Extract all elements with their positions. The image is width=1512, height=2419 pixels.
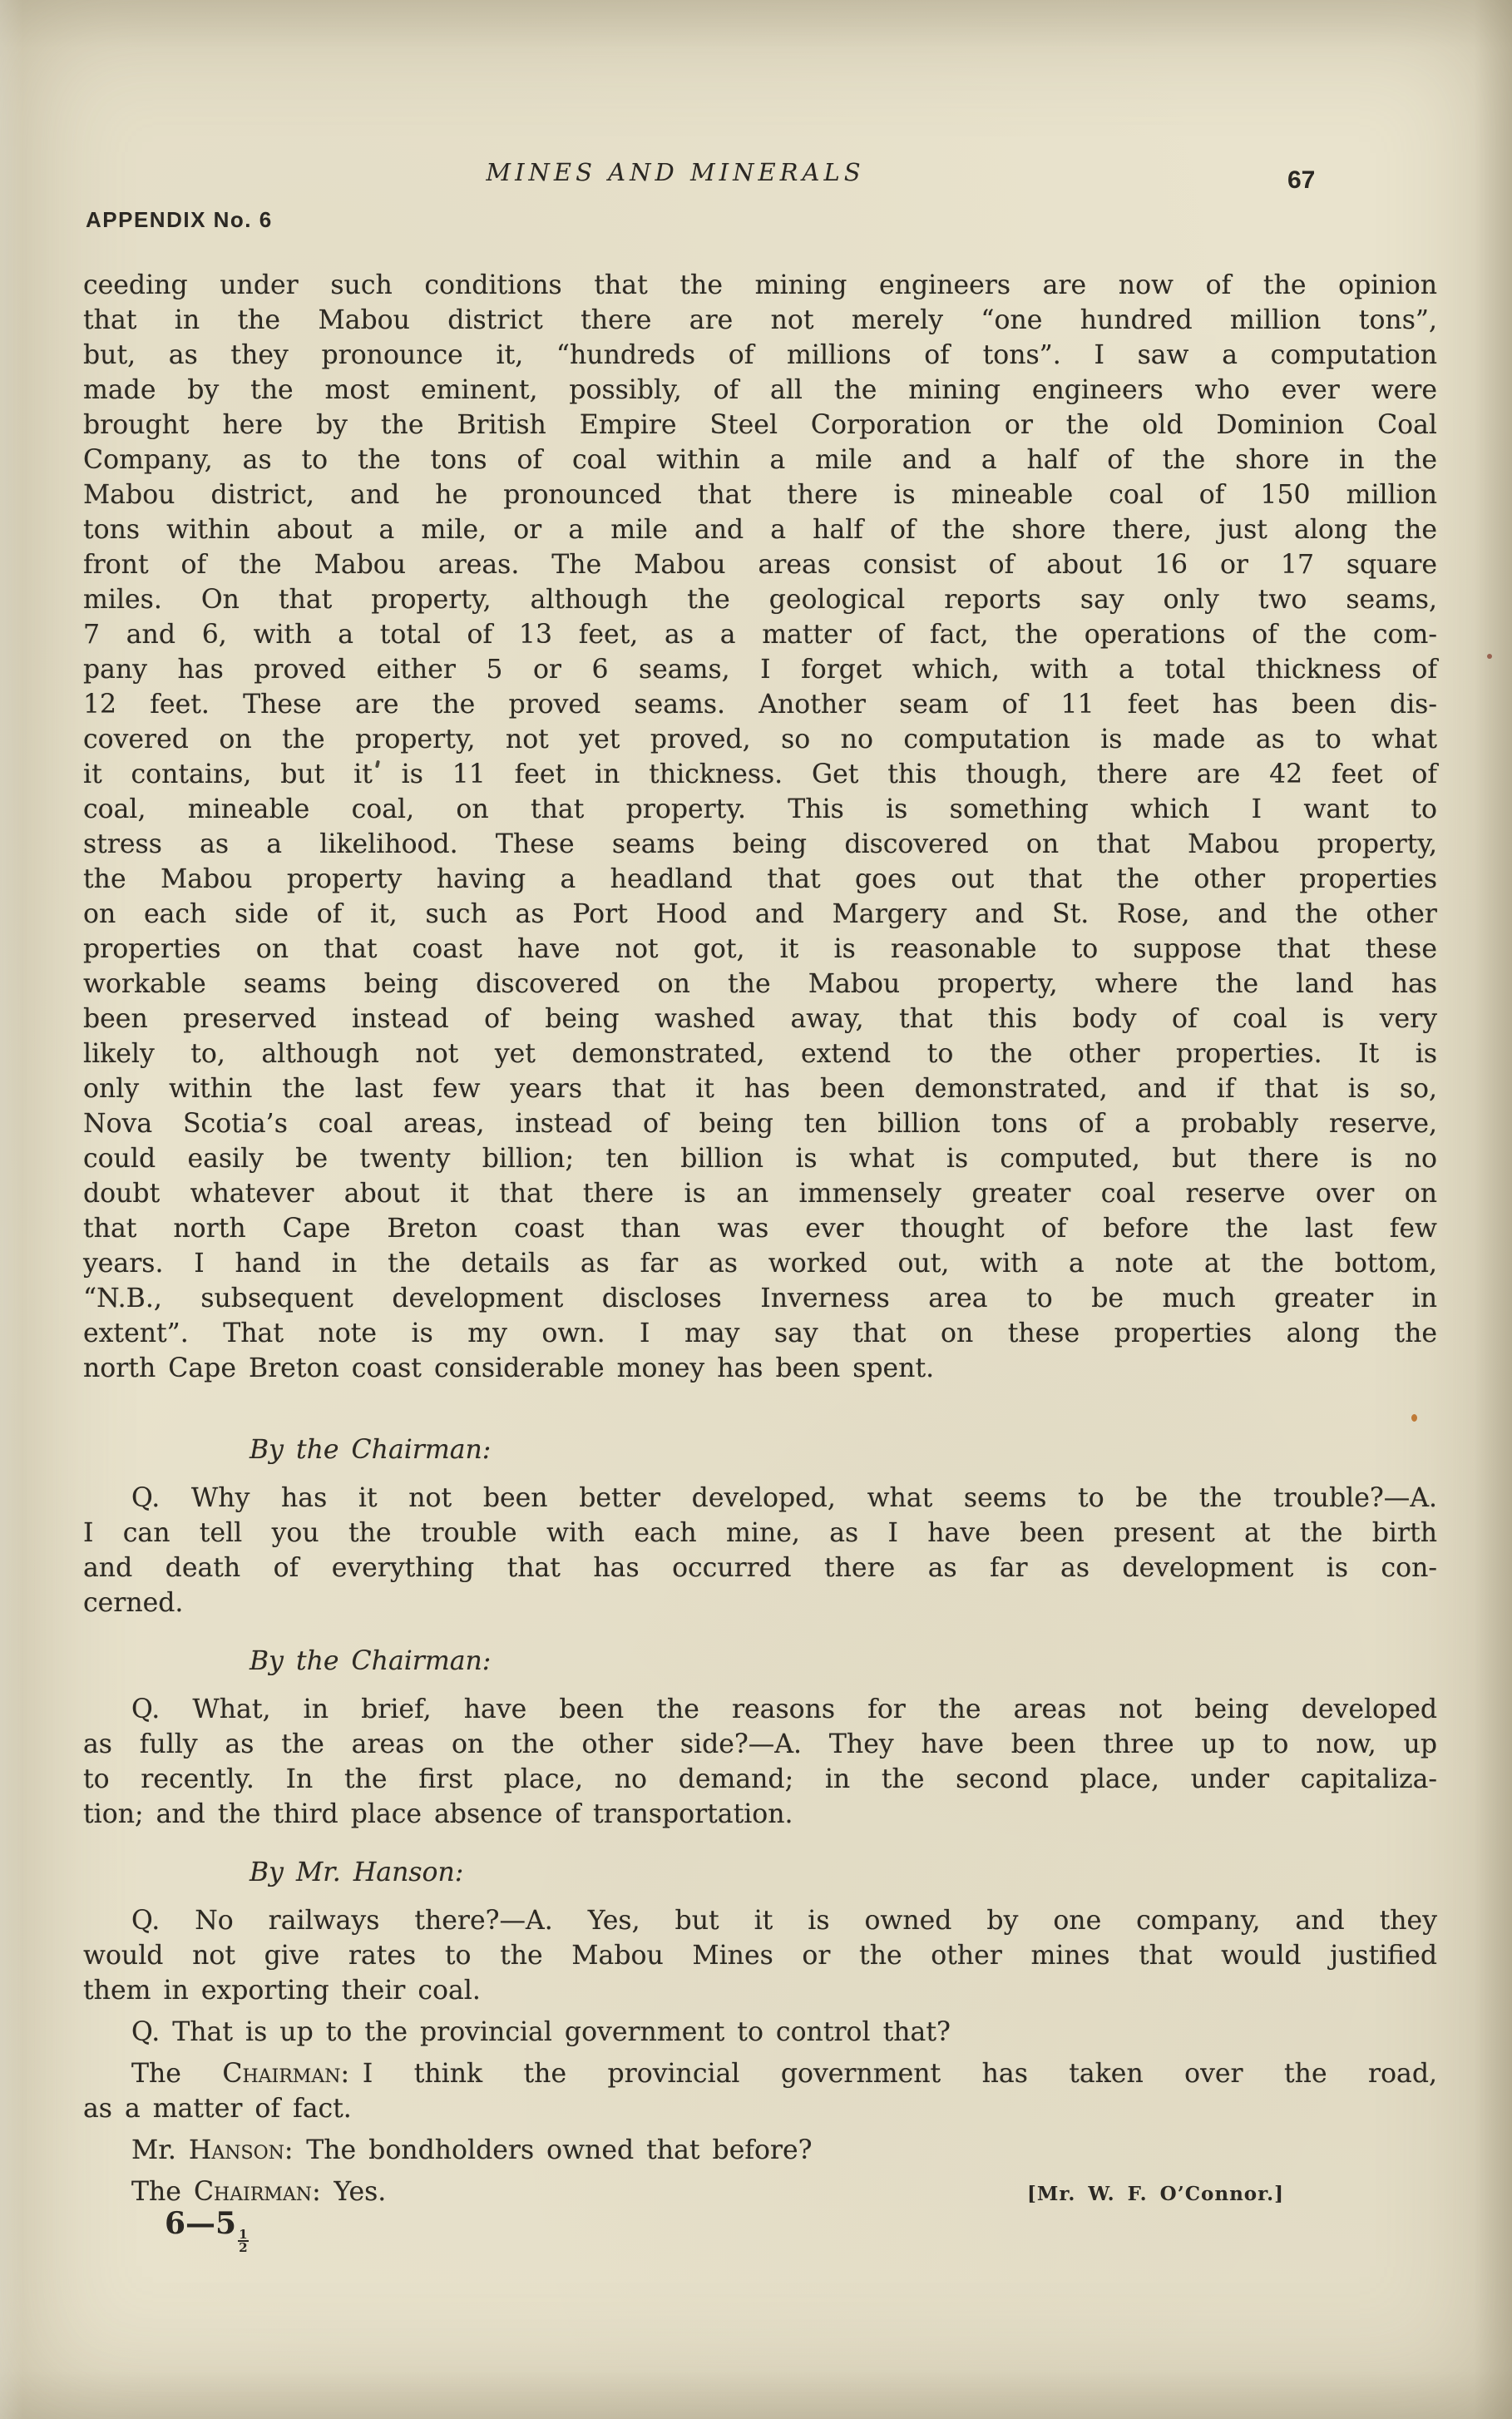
text-line: that in the Mabou district there are not…	[83, 303, 1437, 338]
text-line: coal, mineable coal, on that property. T…	[83, 792, 1437, 827]
text-line: them in exporting their coal.	[83, 1973, 1437, 2008]
text-line: as a matter of fact.	[83, 2091, 1437, 2126]
byline-heading: By the Chairman:	[250, 1432, 1437, 1467]
text-line: only within the last few years that it h…	[83, 1071, 1437, 1106]
text-line: front of the Mabou areas. The Mabou area…	[83, 547, 1437, 582]
byline-heading: By the Chairman:	[250, 1644, 1437, 1679]
text-line: could easily be twenty billion; ten bill…	[83, 1141, 1437, 1176]
text-line: tons within about a mile, or a mile and …	[83, 512, 1437, 547]
paragraph: Q. That is up to the provincial governme…	[83, 2015, 1437, 2050]
text-line: Mr. Hanson: The bondholders owned that b…	[83, 2133, 1437, 2168]
signature-fraction: 12	[238, 2229, 249, 2254]
text-line: extent”. That note is my own. I may say …	[83, 1316, 1437, 1351]
text-line: brought here by the British Empire Steel…	[83, 408, 1437, 443]
paragraph: ceeding under such conditions that the m…	[83, 268, 1437, 1386]
paragraph: Q. What, in brief, have been the reasons…	[83, 1692, 1437, 1832]
paragraph: The Chairman: I think the provincial gov…	[83, 2056, 1437, 2126]
text-line: north Cape Breton coast considerable mon…	[83, 1351, 1437, 1386]
text-line: properties on that coast have not got, i…	[83, 932, 1437, 967]
text-line: Q. Why has it not been better developed,…	[83, 1481, 1437, 1516]
speaker-name: Hanson	[189, 2135, 284, 2165]
text-line: and death of everything that has occurre…	[83, 1551, 1437, 1585]
text-line: stress as a likelihood. These seams bein…	[83, 827, 1437, 862]
text-line: 12 feet. These are the proved seams. Ano…	[83, 687, 1437, 722]
text-line: Company, as to the tons of coal within a…	[83, 443, 1437, 477]
text-line: The Chairman: I think the provincial gov…	[83, 2056, 1437, 2091]
signature-mark: 6—512	[165, 2206, 249, 2254]
speaker-name: Chairman	[194, 2177, 312, 2207]
text-line: doubt whatever about it that there is an…	[83, 1176, 1437, 1211]
page-title: MINES AND MINERALS	[0, 158, 1351, 186]
paragraph: Mr. Hanson: The bondholders owned that b…	[83, 2133, 1437, 2168]
fraction-denominator: 2	[238, 2240, 249, 2253]
text-line: would not give rates to the Mabou Mines …	[83, 1938, 1437, 1973]
text-line: I can tell you the trouble with each min…	[83, 1516, 1437, 1551]
text-line: Q. That is up to the provincial governme…	[83, 2015, 1437, 2050]
text-line: been preserved instead of being washed a…	[83, 1002, 1437, 1036]
text-line: to recently. In the first place, no dema…	[83, 1762, 1437, 1797]
speaker-name: Chairman	[222, 2059, 340, 2089]
text-line: on each side of it, such as Port Hood an…	[83, 897, 1437, 932]
text-line: Q. No railways there?—A. Yes, but it is …	[83, 1903, 1437, 1938]
text-line: ceeding under such conditions that the m…	[83, 268, 1437, 303]
text-line: as fully as the areas on the other side?…	[83, 1727, 1437, 1762]
text-line: cerned.	[83, 1585, 1437, 1620]
text-line: that north Cape Breton coast than was ev…	[83, 1211, 1437, 1246]
text-line: but, as they pronounce it, “hundreds of …	[83, 338, 1437, 373]
text-line: Nova Scotia’s coal areas, instead of bei…	[83, 1106, 1437, 1141]
fraction-numerator: 1	[239, 2229, 248, 2240]
text-line: “N.B., subsequent development discloses …	[83, 1281, 1437, 1316]
text-line: workable seams being discovered on the M…	[83, 967, 1437, 1002]
paragraph: Q. No railways there?—A. Yes, but it is …	[83, 1903, 1437, 2008]
text-line: it contains, but it is 11 feet in thickn…	[83, 757, 1437, 792]
text-line: likely to, although not yet demonstrated…	[83, 1036, 1437, 1071]
scanned-document-page: { "colors": { "paper": "#e9e3cd", "ink":…	[0, 0, 1512, 2419]
text-line: the Mabou property having a headland tha…	[83, 862, 1437, 897]
paragraph: Q. Why has it not been better developed,…	[83, 1481, 1437, 1620]
text-line: tion; and the third place absence of tra…	[83, 1797, 1437, 1832]
byline-heading: By Mr. Hanson:	[250, 1855, 1437, 1890]
text-line: Mabou district, and he pronounced that t…	[83, 477, 1437, 512]
text-line: miles. On that property, although the ge…	[83, 582, 1437, 617]
text-line: 7 and 6, with a total of 13 feet, as a m…	[83, 617, 1437, 652]
page-number: 67	[1287, 166, 1315, 195]
page-body: ceeding under such conditions that the m…	[83, 268, 1437, 2209]
signature-prefix: 6—5	[165, 2206, 236, 2241]
witness-attribution: [Mr. W. F. O’Connor.]	[1027, 2183, 1284, 2205]
paper-speck	[1487, 654, 1492, 659]
text-line: Q. What, in brief, have been the reasons…	[83, 1692, 1437, 1727]
text-line: covered on the property, not yet proved,…	[83, 722, 1437, 757]
text-line: years. I hand in the details as far as w…	[83, 1246, 1437, 1281]
text-line: pany has proved either 5 or 6 seams, I f…	[83, 652, 1437, 687]
text-line: made by the most eminent, possibly, of a…	[83, 373, 1437, 408]
appendix-label: APPENDIX No. 6	[86, 207, 273, 233]
